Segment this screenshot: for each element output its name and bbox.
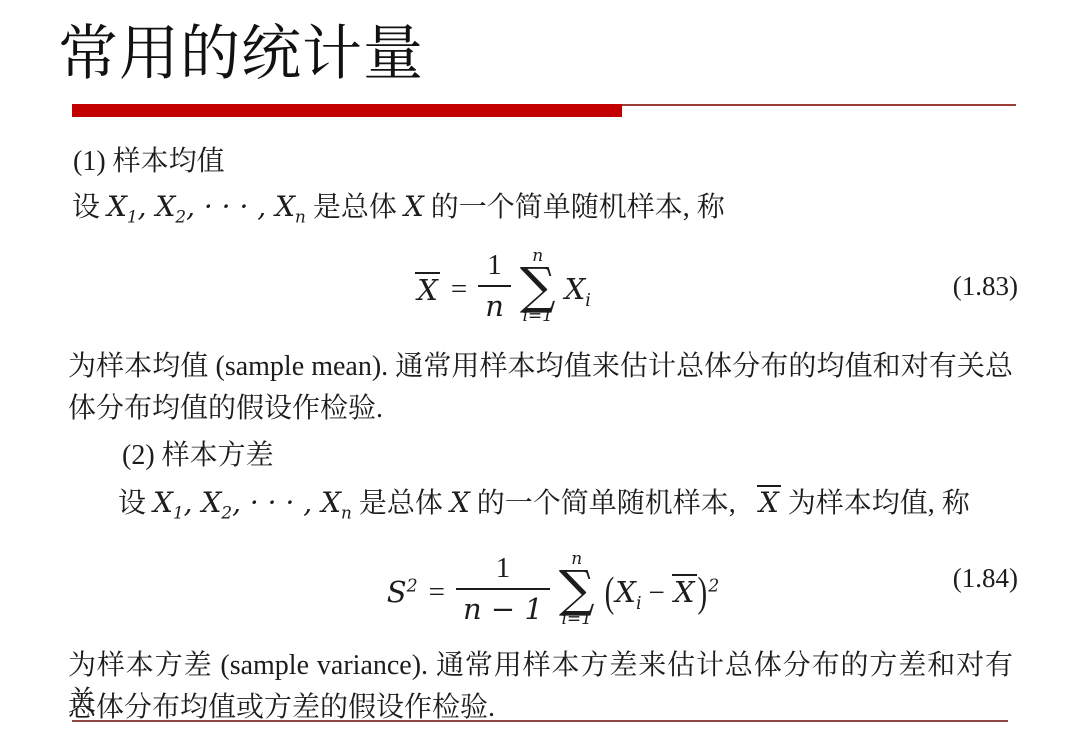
equals-sign: = — [447, 273, 471, 306]
xi-term: Xi — [565, 272, 591, 307]
squared-deviation-term: (Xi−X)2 — [604, 574, 720, 610]
fraction-one-over-n: 1 n — [478, 249, 511, 323]
summation-symbol: n ∑ i=1 — [559, 550, 595, 628]
footer-rule — [72, 720, 1008, 722]
lecture-slide: 常用的统计量 (1) 样本均值 设 X1, X2, · · · , Xn 是总体… — [0, 0, 1080, 730]
formula-sample-mean: X = 1 n n ∑ i=1 Xi — [415, 247, 591, 325]
equation-sample-mean: X = 1 n n ∑ i=1 Xi (1.83) — [68, 240, 1018, 332]
title-underline-bar — [72, 104, 622, 117]
section2-intro: 设 X1, X2, · · · , Xn 是总体 X 的一个简单随机样本, X … — [118, 485, 970, 522]
equation-number-183: (1.83) — [953, 271, 1018, 302]
title-underline-thin-line — [622, 104, 1016, 106]
section1-body-line1: 为样本均值 (sample mean). 通常用样本均值来估计总体分布的均值和对… — [68, 349, 1013, 385]
equals-sign: = — [425, 576, 449, 609]
summation-symbol: n ∑ i=1 — [520, 247, 556, 325]
section1-body-line2: 体分布均值的假设作检验. — [68, 391, 383, 427]
page-title: 常用的统计量 — [58, 20, 424, 89]
section2-heading: (2) 样本方差 — [122, 438, 274, 474]
fraction-one-over-n-minus-1: 1 n − 1 — [456, 552, 550, 626]
equation-number-184: (1.84) — [953, 563, 1018, 594]
formula-sample-variance: S2 = 1 n − 1 n ∑ i=1 (Xi−X)2 — [387, 550, 720, 628]
section1-intro: 设 X1, X2, · · · , Xn 是总体 X 的一个简单随机样本, 称 — [72, 189, 725, 226]
s-squared-symbol: S2 — [387, 575, 418, 610]
equation-sample-variance: S2 = 1 n − 1 n ∑ i=1 (Xi−X)2 (1.84) — [68, 541, 1018, 637]
section1-heading: (1) 样本均值 — [73, 144, 225, 180]
xbar-symbol: X — [415, 272, 440, 305]
